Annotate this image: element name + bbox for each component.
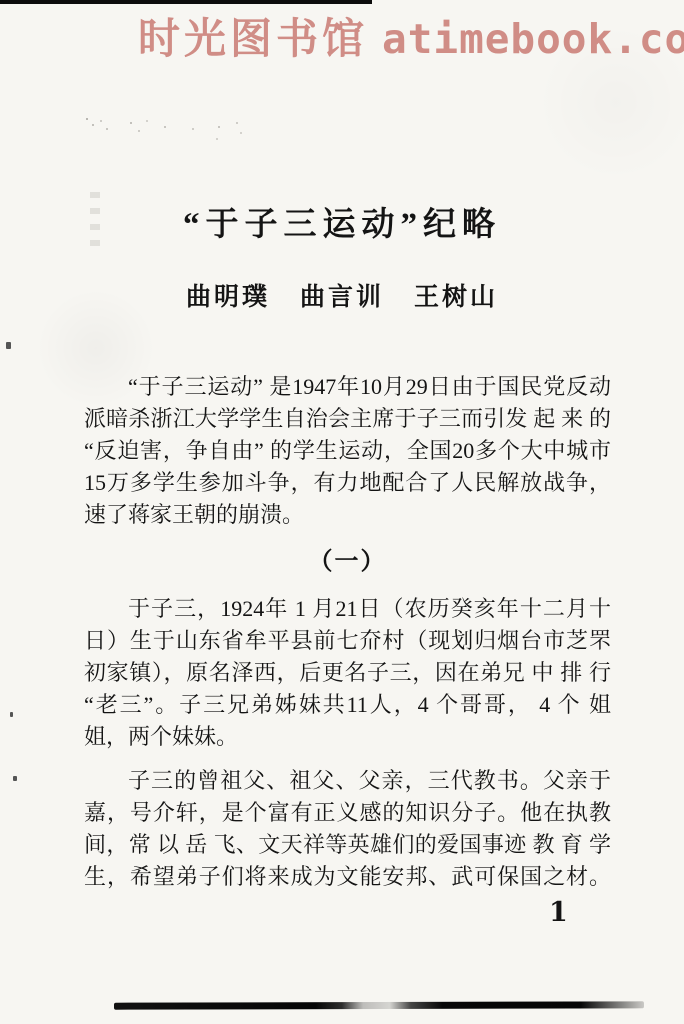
watermark: 时光图书馆atimebook.co (138, 6, 684, 66)
text-line: 子三的曾祖父、祖父、父亲，三代教书。父亲于藩 (84, 765, 611, 797)
text-line: 间，常 以 岳 飞、文天祥等英雄们的爱国事迹 教 育 学 (84, 829, 611, 861)
text-line: 生，希望弟子们将来成为文能安邦、武可保国之材。他 (84, 861, 611, 893)
page-number: 1 (549, 897, 568, 928)
paragraph: 子三的曾祖父、祖父、父亲，三代教书。父亲于藩嘉，号介轩，是个富有正义感的知识分子… (84, 765, 611, 893)
article-title: “于子三运动”纪略 (0, 198, 684, 245)
text-line: “老三”。子三兄弟姊妹共11人，4 个哥哥， 4 个 姐 (84, 689, 611, 721)
author-name: 曲言训 (300, 277, 384, 313)
text-line: 于子三，1924年 1 月21日（农历癸亥年十二月十六 (84, 593, 611, 625)
text-line: 速了蒋家王朝的崩溃。 (84, 499, 611, 531)
text-line: 15万多学生参加斗争，有力地配合了人民解放战争，加 (84, 467, 611, 499)
authors-line: 曲明璞曲言训王树山 (0, 277, 684, 313)
paragraph: “于子三运动” 是1947年10月29日由于国民党反动派暗杀浙江大学学生自治会主… (84, 371, 611, 531)
scan-artifact-bottom-line (114, 1001, 644, 1009)
text-line: 日）生于山东省牟平县前七夼村（现划归烟台市芝罘区 (84, 625, 611, 657)
author-name: 曲明璞 (186, 277, 270, 313)
text-line: 初家镇），原名泽西，后更名子三，因在弟兄 中 排 行 (84, 657, 611, 689)
text-line: “于子三运动” 是1947年10月29日由于国民党反动 (84, 371, 611, 403)
text-line: “反迫害，争自由” 的学生运动，全国20多个大中城市 (84, 435, 611, 467)
scan-speck (6, 342, 11, 349)
scan-speck (13, 776, 17, 781)
scan-artifact-top-bar (0, 0, 372, 4)
article-body: “于子三运动” 是1947年10月29日由于国民党反动派暗杀浙江大学学生自治会主… (84, 371, 611, 893)
text-line: 姐，两个妹妹。 (84, 721, 611, 753)
text-line: 派暗杀浙江大学学生自治会主席于子三而引发 起 来 的 (84, 403, 611, 435)
text-line: 嘉，号介轩，是个富有正义感的知识分子。他在执教期 (84, 797, 611, 829)
scan-noise-dots (86, 118, 88, 120)
watermark-cn-text: 时光图书馆 (138, 15, 368, 62)
scanned-page: 时光图书馆atimebook.co “于子三运动”纪略 曲明璞曲言训王树山 “于… (0, 0, 684, 1024)
section-heading: （一） (84, 547, 611, 579)
watermark-site-text: atimebook.co (382, 15, 684, 63)
author-name: 王树山 (414, 277, 498, 313)
paragraph: 于子三，1924年 1 月21日（农历癸亥年十二月十六日）生于山东省牟平县前七夼… (84, 593, 611, 753)
scan-speck (10, 712, 13, 717)
